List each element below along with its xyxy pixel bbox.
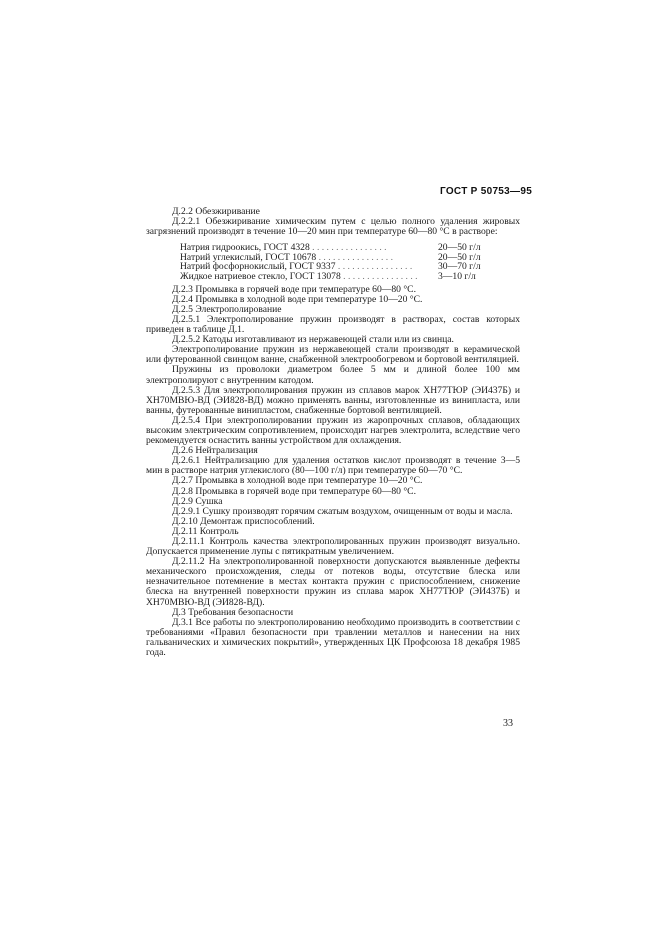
table-row: Жидкое натриевое стекло, ГОСТ 13078 3—10… bbox=[146, 272, 520, 282]
component-name: Натрий углекислый, ГОСТ 10678 bbox=[180, 253, 430, 263]
paragraph: Д.2.2.1 Обезжиривание химическим путем с… bbox=[146, 217, 520, 237]
component-name: Натрий фосфорнокислый, ГОСТ 9337 bbox=[180, 262, 430, 272]
paragraph: Д.2.5.4 При электрополировании пружин из… bbox=[146, 416, 520, 446]
standard-id-header: ГОСТ Р 50753—95 bbox=[440, 186, 532, 197]
component-value: 3—10 г/л bbox=[430, 272, 520, 282]
component-name: Жидкое натриевое стекло, ГОСТ 13078 bbox=[180, 272, 430, 282]
paragraph: Электрополирование пружин из нержавеющей… bbox=[146, 345, 520, 365]
paragraph: Д.2.6.1 Нейтрализацию для удаления остат… bbox=[146, 456, 520, 476]
paragraph: Д.3.1 Все работы по электрополированию н… bbox=[146, 618, 520, 658]
paragraph: Д.2.5.3 Для электрополирования пружин из… bbox=[146, 386, 520, 416]
paragraph: Д.2.5.1 Электрополирование пружин произв… bbox=[146, 315, 520, 335]
paragraph: Д.2.11.1 Контроль качества электрополиро… bbox=[146, 537, 520, 557]
page-number: 33 bbox=[503, 718, 513, 729]
component-name: Натрия гидроокись, ГОСТ 4328 bbox=[180, 243, 430, 253]
paragraph: Пружины из проволоки диаметром более 5 м… bbox=[146, 365, 520, 385]
solution-composition-table: Натрия гидроокись, ГОСТ 4328 20—50 г/л Н… bbox=[146, 243, 520, 281]
paragraph: Д.2.11.2 На электрополированной поверхно… bbox=[146, 557, 520, 607]
document-body: Д.2.2 Обезжиривание Д.2.2.1 Обезжиривани… bbox=[146, 207, 520, 658]
